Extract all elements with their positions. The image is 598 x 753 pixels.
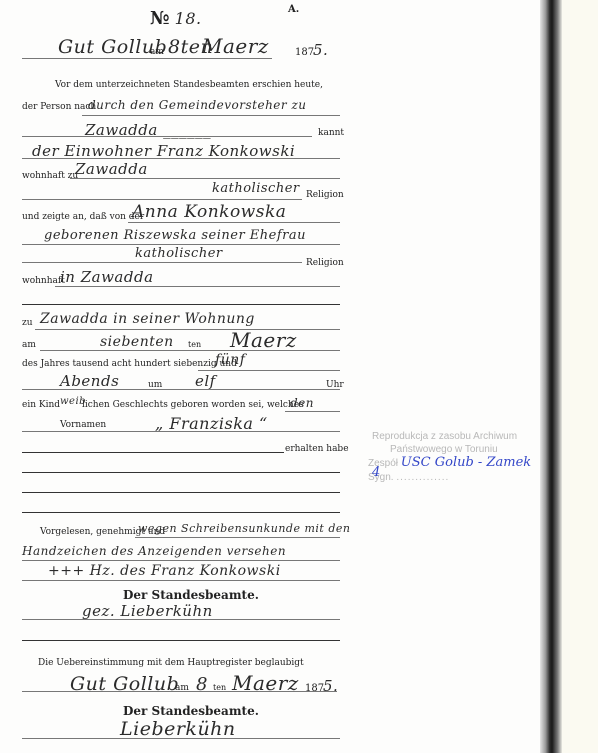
- certification-day: 8: [196, 674, 208, 695]
- official-signature: gez. Lieberkühn: [82, 602, 213, 620]
- birth-place-label: zu: [22, 318, 33, 328]
- closing-text-1: wegen Schreibensunkunde mit den: [138, 522, 350, 535]
- stamp-zespol-value: USC Golub - Zamek: [401, 455, 531, 470]
- person-identity-1: durch den Gemeindevorsteher zu: [88, 98, 307, 112]
- birth-time-of-day: Abends: [60, 372, 119, 390]
- person-residence: Zawadda: [75, 160, 148, 178]
- person-name: der Einwohner Franz Konkowski: [32, 142, 295, 160]
- mother-religion: katholischer: [135, 246, 223, 261]
- mother-religion-label: Religion: [306, 258, 344, 268]
- received-label: erhalten habe: [285, 444, 349, 454]
- residence-label: wohnhaft zu: [22, 171, 78, 181]
- birth-uhr-label: Uhr: [326, 380, 344, 390]
- birth-place: Zawadda in seiner Wohnung: [40, 311, 255, 327]
- child-first-name: „ Franziska “: [155, 414, 268, 433]
- official-title: Der Standesbeamte.: [123, 588, 259, 602]
- person-label: der Person nach: [22, 102, 96, 112]
- mother-residence-label: wohnhaft: [22, 276, 65, 286]
- birth-year: fünf: [215, 352, 245, 368]
- record-number: № 18.: [150, 8, 202, 29]
- child-sex-suffix-label: lichen Geschlechts geboren worden sei, w…: [82, 400, 304, 410]
- certification-official-title: Der Standesbeamte.: [123, 704, 259, 718]
- mother-name: Anna Konkowska: [132, 202, 286, 222]
- certification-signature: Lieberkühn: [120, 718, 236, 740]
- certification-year-prefix: 187: [305, 683, 324, 694]
- header-am: am: [150, 47, 164, 57]
- birth-um-label: um: [148, 380, 162, 390]
- number-prefix: №: [150, 8, 170, 29]
- birth-day: siebenten: [100, 334, 174, 350]
- report-label: und zeigte an, daß von der: [22, 212, 144, 222]
- mother-line2: geborenen Riszewska seiner Ehefrau: [44, 228, 306, 243]
- header-year-suffix: 5.: [313, 41, 328, 59]
- intro-text: Vor dem unterzeichneten Standesbeamten e…: [55, 80, 323, 90]
- child-label: ein Kind: [22, 400, 60, 410]
- birth-year-label: des Jahres tausend acht hundert siebenzi…: [22, 359, 237, 369]
- certification-ten: ten: [213, 683, 226, 692]
- certification-year-suffix: 5.: [323, 677, 338, 695]
- header-year-prefix: 187: [295, 47, 314, 58]
- certification-label: Die Uebereinstimmung mit dem Hauptregist…: [38, 658, 304, 668]
- number-value: 18.: [175, 9, 202, 28]
- certification-am: am: [175, 683, 189, 693]
- stamp-zespol: Zespół USC Golub - Zamek: [368, 456, 568, 470]
- birth-ten-label: ten: [188, 340, 201, 349]
- stamp-sygn: Sygn. .............. 4: [368, 470, 568, 484]
- page-binding-shadow: [540, 0, 562, 753]
- birth-hour: elf: [195, 372, 216, 390]
- person-religion-label: Religion: [306, 190, 344, 200]
- known-label: kannt: [318, 128, 344, 138]
- stamp-sygn-value: 4: [372, 465, 380, 480]
- certification-place: Gut Gollub: [70, 673, 179, 695]
- archive-stamp: Reprodukcja z zasobu Archiwum Państwoweg…: [368, 430, 568, 484]
- stamp-line-1: Reprodukcja z zasobu Archiwum: [368, 430, 568, 443]
- certification-month: Maerz: [232, 671, 299, 695]
- person-religion: katholischer: [212, 181, 300, 196]
- birth-month: Maerz: [230, 328, 297, 352]
- person-identity-2: Zawadda ______: [85, 121, 211, 139]
- child-article: den: [290, 396, 314, 410]
- first-name-label: Vornamen: [60, 420, 106, 430]
- document-page: A. № 18. Gut Gollub am 8ten Maerz 187 5.…: [0, 0, 548, 753]
- form-letter: A.: [288, 4, 299, 15]
- adjacent-page-edge: [562, 0, 598, 753]
- closing-text-2: Handzeichen des Anzeigenden versehen: [22, 544, 286, 558]
- birth-am-label: am: [22, 340, 36, 350]
- mother-residence: in Zawadda: [60, 268, 154, 286]
- closing-text-3: +++ Hz. des Franz Konkowski: [48, 563, 281, 579]
- header-month: Maerz: [202, 34, 269, 58]
